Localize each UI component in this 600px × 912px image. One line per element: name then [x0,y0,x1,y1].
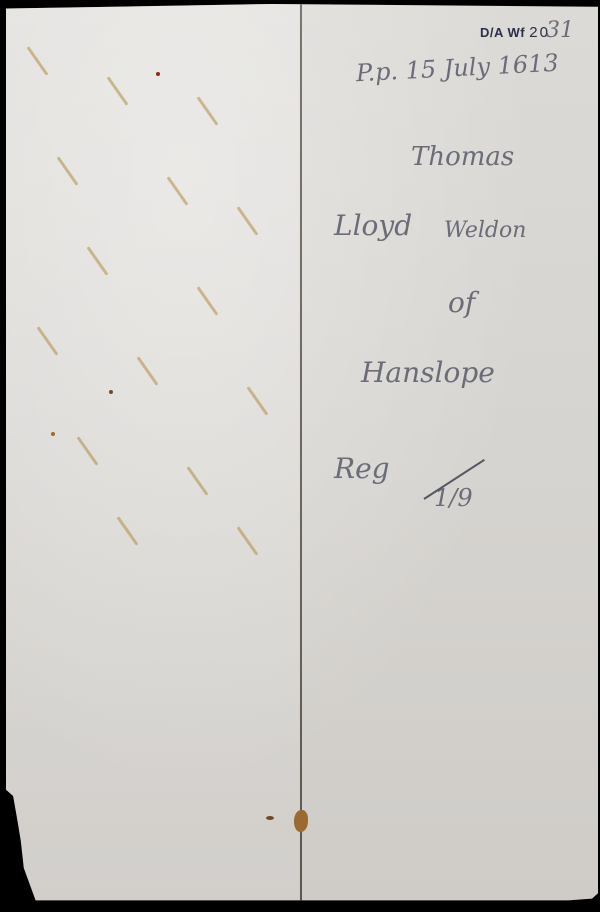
ink-bleed [107,76,129,106]
stamp-prefix: D/A Wf [480,25,525,40]
ink-bleed [237,526,259,556]
endorsement-occupation: Weldon [444,218,526,243]
fold-stain [294,810,308,832]
ink-bleed [87,246,109,276]
center-fold-line [300,4,302,904]
ink-bleed [57,156,79,186]
ink-bleed [197,96,219,126]
ink-bleed [187,466,209,496]
endorsement-date: P.p. 15 July 1613 [355,49,559,88]
ink-spot [266,816,274,820]
ink-bleed [27,46,49,76]
document-sheet: D/A Wf 20 31 P.p. 15 July 1613 Thomas Ll… [6,4,598,904]
ink-spot [156,72,160,76]
ink-bleed [77,436,99,466]
ink-bleed [117,516,139,546]
ink-bleed [197,286,219,316]
ink-bleed [37,326,59,356]
ink-bleed [247,386,269,416]
left-panel-bleed-through [6,4,299,904]
archive-reference-stamp: D/A Wf 20 [480,24,550,41]
folio-number: 31 [546,18,574,43]
endorsement-reg-label: Reg [334,452,390,485]
endorsement-surname: Lloyd [334,209,412,242]
ink-spot [51,432,55,436]
endorsement-given-name: Thomas [411,142,514,172]
ink-bleed [137,356,159,386]
endorsement-of: of [448,286,475,319]
ink-spot [109,390,113,394]
endorsement-place: Hanslope [361,356,495,389]
ink-bleed [167,176,189,206]
ink-bleed [237,206,259,236]
